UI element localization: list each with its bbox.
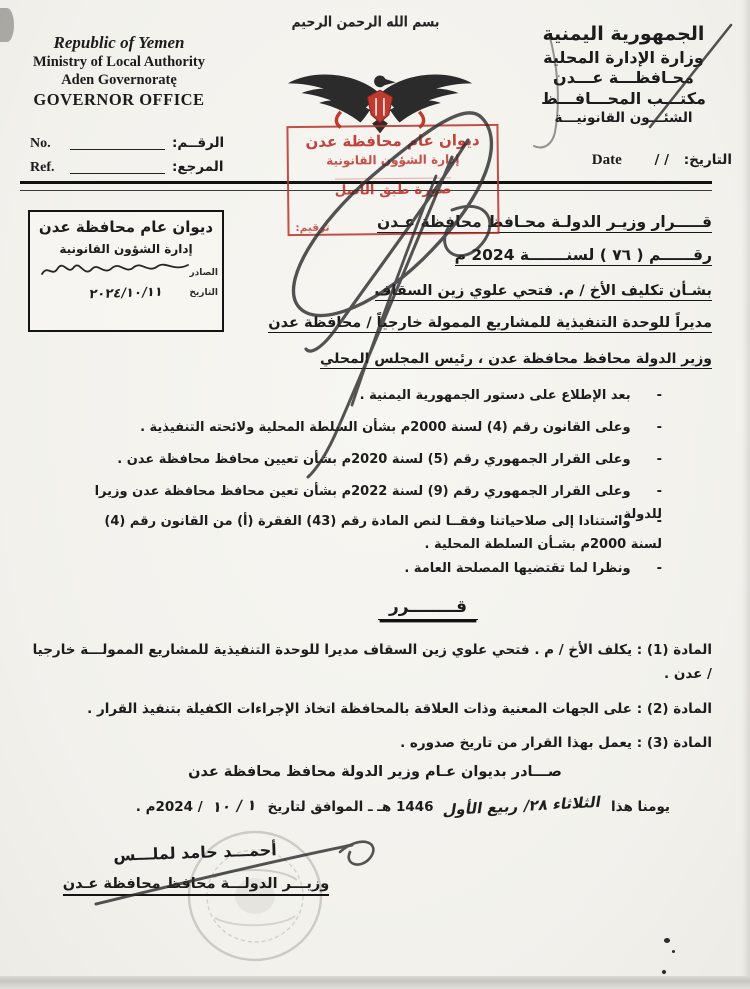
english-letterhead: Republic of Yemen Ministry of Local Auth… — [14, 32, 224, 110]
bullet-dash: - — [657, 561, 662, 576]
registry-date-row: التاريخ ٢٠٢٤/١٠/١١ — [30, 286, 222, 312]
article-3-text: يعمل بهذا القرار من تاريخ صدوره . — [400, 735, 632, 751]
stamp-true-copy-line: صورة طبق الأصل — [335, 177, 452, 198]
preamble-item: -واستنادا إلى صلاحياتنا وفقــا لنص الماد… — [74, 511, 662, 557]
preamble-item: -بعد الإطلاع على دستور الجمهورية اليمنية… — [74, 385, 662, 408]
preamble-text: واستنادا إلى صلاحياتنا وفقــا لنص المادة… — [104, 514, 662, 552]
scan-corner-blot — [0, 8, 14, 42]
decree-title-text2: رقــــــم ( ٧٦ ) لسنـــــــة 2024 م — [455, 246, 712, 266]
office-name-en: GOVERNOR OFFICE — [14, 90, 224, 111]
hijri-suffix: 1446 هـ ـ الموافق لتاريخ — [268, 799, 434, 815]
ink-speck — [664, 938, 670, 943]
date-label-ar: التاريخ: — [684, 152, 732, 168]
article-1-label: المادة (1) : — [637, 642, 712, 658]
issuance-date-line: يومنا هذا الثلاثاء ٢٨/ ربيع الأول 1446 ه… — [80, 797, 670, 815]
arabic-letterhead: الجمهورية اليمنية وزارة الإدارة المحلية … — [511, 24, 736, 126]
decree-subject-text2: مديراً للوحدة التنفيذية للمشاريع الممولة… — [268, 315, 712, 333]
registry-stamp-box: ديوان عام محافظة عدن إدارة الشؤون القانو… — [28, 210, 224, 332]
ref-label-ar: المرجع: — [172, 159, 247, 175]
scan-edge-shadow-bottom — [0, 976, 750, 989]
article-3: المادة (3) : يعمل بهذا القرار من تاريخ ص… — [32, 731, 712, 755]
stamp-numbering-label: ترقيم: — [295, 222, 329, 234]
registry-issued-row: الصادر — [30, 258, 222, 284]
article-2-label: المادة (2) : — [637, 701, 712, 717]
bismillah-calligraphy: بسم الله الرحمن الرحيم — [278, 13, 453, 30]
bullet-dash: - — [657, 420, 662, 435]
no-blank-line — [70, 149, 165, 150]
ref-label-en: Ref. — [30, 160, 55, 176]
stamp-department-line: إدارة الشؤون القانونية — [289, 152, 497, 168]
scan-edge-shadow-right — [742, 0, 750, 989]
article-1: المادة (1) : يكلف الأخ / م . فتحي علوي ز… — [0, 638, 712, 687]
legal-affairs-ar: الشئـــون القانونيـــة — [511, 111, 736, 126]
registry-office-line: ديوان عام محافظة عدن — [30, 218, 222, 236]
preamble-text: وعلى القرار الجمهوري رقم (5) لسنة 2020م … — [117, 452, 630, 467]
office-name-ar: مكتـــب المحـــافـــظ — [511, 90, 736, 108]
bullet-dash: - — [657, 388, 662, 403]
ink-speck — [672, 950, 675, 953]
governorate-name-ar: محـافظـــة عـــدن — [511, 69, 736, 87]
signatory-title-text: وزيـــر الدولـــة محافظ محافظة عـدن — [63, 876, 330, 896]
registry-department-line: إدارة الشؤون القانونية — [30, 242, 222, 256]
preamble-text: ونظرا لما تقتضيها المصلحة العامة . — [404, 561, 630, 576]
date-row: التاريخ: / / Date — [492, 152, 732, 169]
date-blank-slashes: / / — [654, 152, 669, 168]
ministry-name-ar: وزارة الإدارة المحلية — [511, 49, 736, 67]
decree-word: قــــــــرر — [378, 597, 478, 620]
bullet-dash: - — [657, 452, 662, 467]
preamble-item: -وعلى القرار الجمهوري رقم (5) لسنة 2020م… — [74, 449, 662, 472]
country-name-ar: الجمهورية اليمنية — [511, 24, 736, 45]
preamble-item: -ونظرا لما تقتضيها المصلحة العامة . — [74, 558, 662, 581]
number-row: No. الرقــم: — [22, 136, 252, 156]
reference-row: Ref. المرجع: — [22, 160, 252, 180]
preamble-text: بعد الإطلاع على دستور الجمهورية اليمنية … — [360, 388, 631, 403]
no-label-en: No. — [30, 136, 51, 152]
signatory-title: وزيـــر الدولـــة محافظ محافظة عـدن — [28, 876, 364, 892]
preamble-text: وعلى القانون رقم (4) لسنة 2000م بشأن الس… — [140, 420, 631, 435]
article-2: المادة (2) : على الجهات المعنية وذات الع… — [32, 697, 712, 721]
handwritten-registry-date: ٢٠٢٤/١٠/١١ — [28, 283, 223, 305]
handwritten-hijri-date: الثلاثاء ٢٨/ ربيع الأول — [442, 793, 602, 819]
decree-subject-line1: بشـأن تكليف الأخ / م. فتحي علوي زين السق… — [375, 283, 712, 301]
handwritten-issued-scrawl — [38, 258, 198, 284]
no-label-ar: الرقــم: — [172, 135, 247, 151]
decree-subject-line2: مديراً للوحدة التنفيذية للمشاريع الممولة… — [268, 315, 712, 333]
article-1-text: يكلف الأخ / م . فتحي علوي زين السقاف مدي… — [33, 642, 712, 682]
decree-subject-text1: بشـأن تكليف الأخ / م. فتحي علوي زين السق… — [375, 283, 712, 301]
stamp-office-line: ديوان عام محافظة عدن — [289, 131, 497, 151]
gregorian-suffix: / 2024م . — [136, 799, 203, 815]
issuance-line: صـــادر بديوان عـام وزير الدولة محافظ مح… — [165, 764, 585, 780]
date-prefix: يومنا هذا — [611, 799, 670, 815]
ink-speck — [662, 970, 666, 974]
ref-blank-line — [70, 173, 165, 174]
issuing-authority-text: وزير الدولة محافظ محافظة عدن ، رئيس المج… — [320, 351, 712, 369]
ministry-name-en: Ministry of Local Authority — [14, 53, 224, 71]
country-name-en: Republic of Yemen — [14, 32, 224, 53]
article-2-text: على الجهات المعنية وذات العلاقة بالمحافظ… — [87, 701, 632, 717]
bullet-dash: - — [657, 484, 662, 499]
decree-title-line2: رقــــــم ( ٧٦ ) لسنـــــــة 2024 م — [455, 246, 712, 266]
date-label-en: Date — [592, 152, 622, 168]
issuing-authority-line: وزير الدولة محافظ محافظة عدن ، رئيس المج… — [320, 351, 712, 369]
article-3-label: المادة (3) : — [637, 735, 712, 751]
red-certification-stamp: ديوان عام محافظة عدن إدارة الشؤون القانو… — [286, 124, 499, 236]
preamble-item: -وعلى القانون رقم (4) لسنة 2000م بشأن ال… — [74, 417, 662, 440]
handwritten-gregorian-date: ١ / ١٠ — [212, 796, 259, 816]
governorate-name-en: Aden Governoratę — [14, 71, 224, 89]
scanned-decree-document: Republic of Yemen Ministry of Local Auth… — [0, 0, 750, 989]
bullet-dash: - — [657, 514, 662, 529]
